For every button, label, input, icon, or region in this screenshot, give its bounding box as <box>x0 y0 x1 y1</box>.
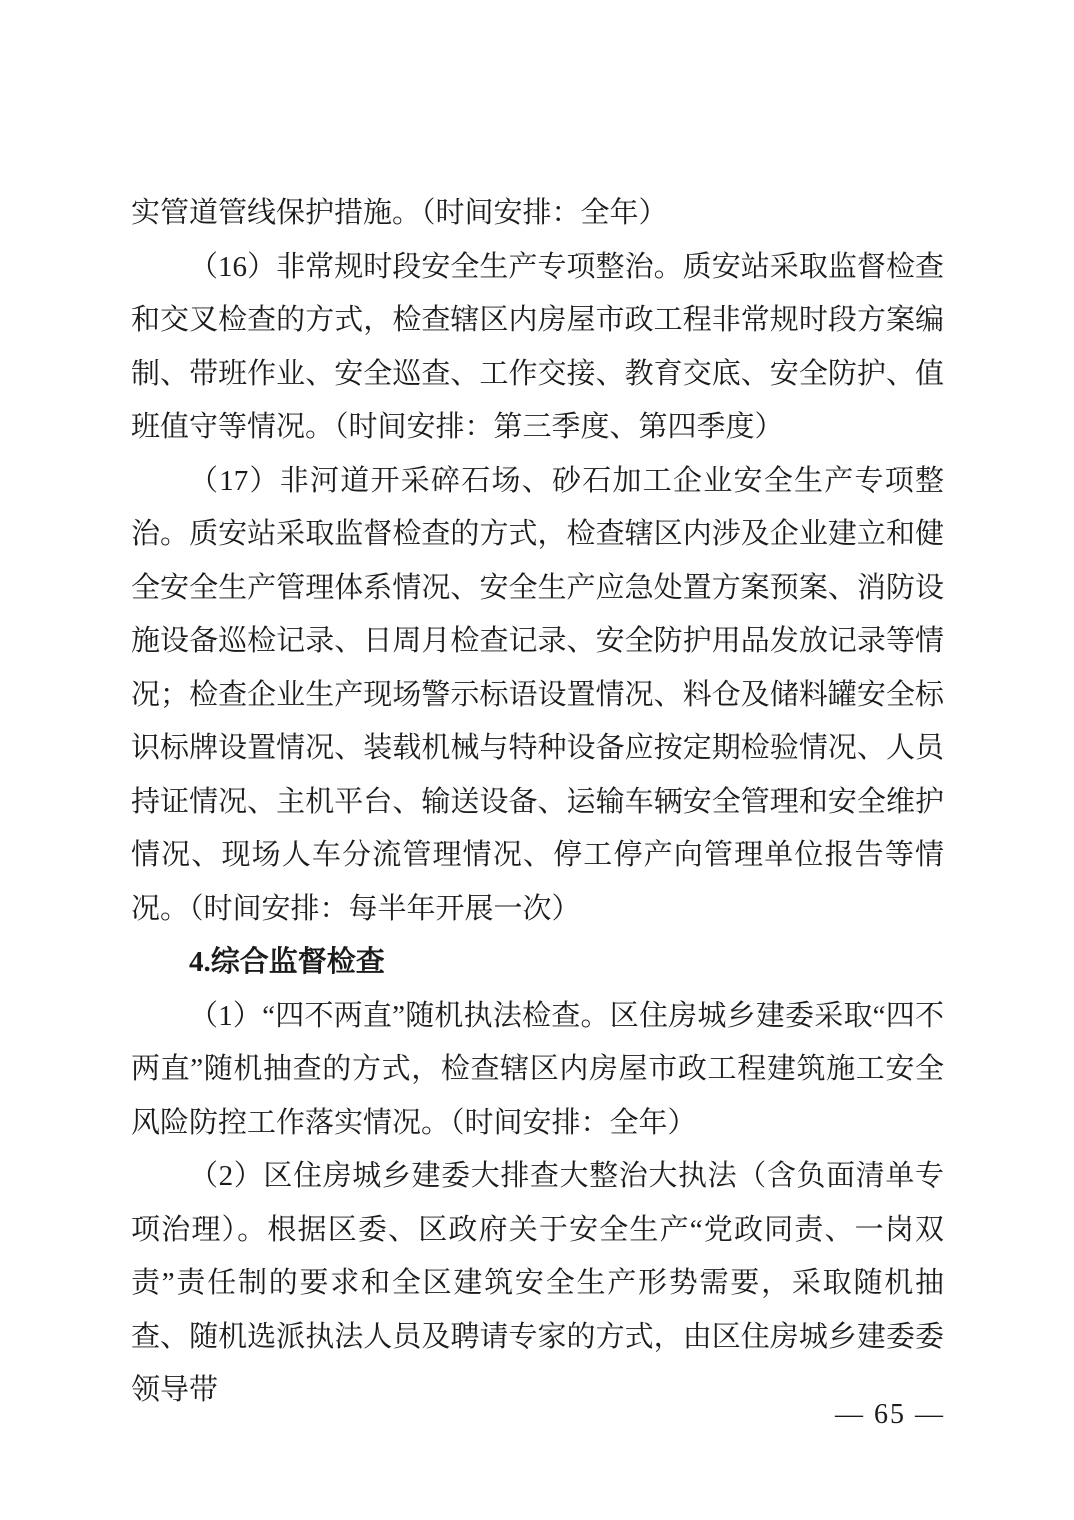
paragraph-continuation: 实管道管线保护措施。（时间安排：全年） <box>131 187 944 241</box>
paragraph-item-2: （2）区住房城乡建委大排查大整治大执法（含负面清单专项治理）。根据区委、区政府关… <box>131 1150 944 1418</box>
paragraph-item-17: （17）非河道开采碎石场、砂石加工企业安全生产专项整治。质安站采取监督检查的方式… <box>131 455 944 937</box>
document-body: 实管道管线保护措施。（时间安排：全年） （16）非常规时段安全生产专项整治。质安… <box>131 187 944 1418</box>
paragraph-item-1: （1）“四不两直”随机执法检查。区住房城乡建委采取“四不两直”随机抽查的方式，检… <box>131 990 944 1151</box>
document-page: 实管道管线保护措施。（时间安排：全年） （16）非常规时段安全生产专项整治。质安… <box>0 0 1074 1520</box>
page-number: — 65 — <box>835 1398 945 1432</box>
section-heading: 4.综合监督检查 <box>131 936 944 990</box>
paragraph-item-16: （16）非常规时段安全生产专项整治。质安站采取监督检查和交叉检查的方式，检查辖区… <box>131 241 944 455</box>
